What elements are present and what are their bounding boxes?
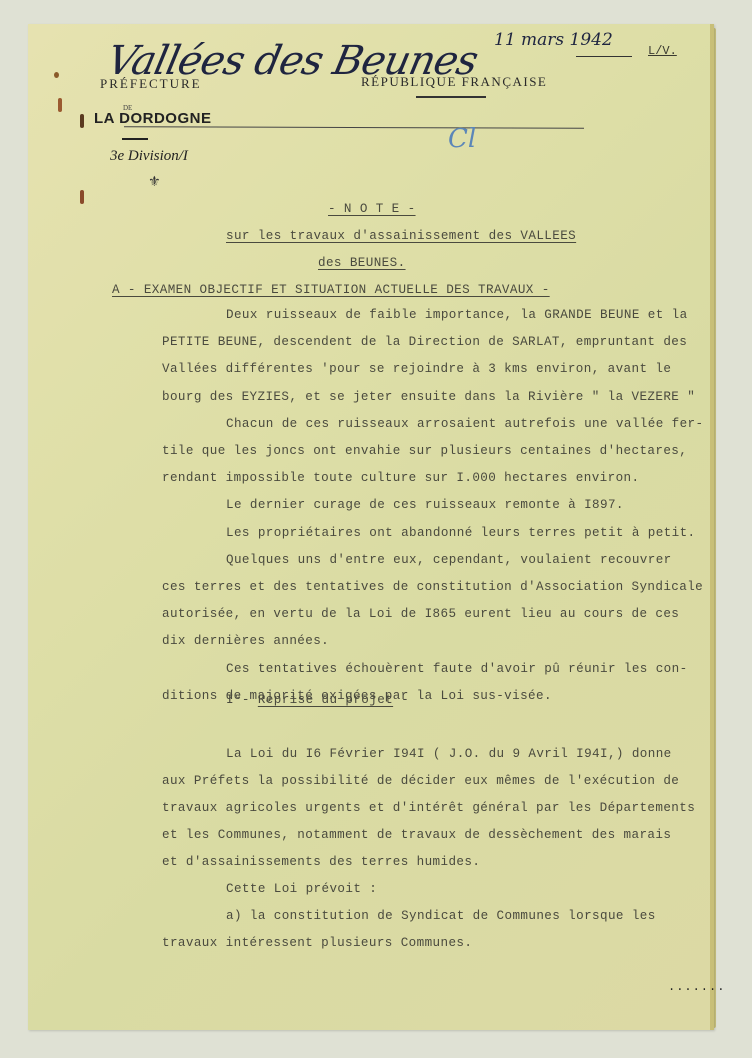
text-line: rendant impossible toute culture sur I.0… [162, 471, 639, 485]
handwritten-date: 11 mars 1942 [494, 30, 613, 50]
text-line: Le dernier curage de ces ruisseaux remon… [226, 498, 624, 512]
note-subtitle-line-1: sur les travaux d'assainissement des VAL… [226, 229, 576, 243]
note-subtitle-line-2: des BEUNES. [318, 256, 406, 270]
blue-pencil-annotation: Cl [448, 124, 476, 154]
text-line: Vallées différentes 'pour se rejoindre à… [162, 362, 671, 376]
text-line: Chacun de ces ruisseaux arrosaient autre… [226, 417, 703, 431]
text-line: a) la constitution de Syndicat de Commun… [226, 909, 656, 923]
text-line: PETITE BEUNE, descendent de la Direction… [162, 335, 687, 349]
division-label: 3e Division/I [110, 148, 188, 165]
text-line: Cette Loi prévoit : [226, 882, 377, 896]
note-title: - N O T E - [328, 202, 416, 216]
text-line: Deux ruisseaux de faible importance, la … [226, 308, 688, 322]
ornament-rule [416, 96, 486, 98]
fleuron-icon: ⚜ [148, 174, 161, 190]
text-line: aux Préfets la possibilité de décider eu… [162, 774, 679, 788]
text-line: La Loi du I6 Février I94I ( J.O. du 9 Av… [226, 747, 672, 761]
text-line: travaux intéressent plusieurs Communes. [162, 936, 472, 950]
rust-stain [54, 72, 59, 78]
header-rule [124, 126, 584, 129]
republic-label: RÉPUBLIQUE FRANÇAISE [361, 74, 547, 90]
reference-code: L/V. [648, 44, 677, 58]
section-a-heading: A - EXAMEN OBJECTIF ET SITUATION ACTUELL… [112, 283, 550, 297]
date-underline [576, 56, 632, 57]
text-line: Quelques uns d'entre eux, cependant, vou… [226, 553, 672, 567]
subsection-suffix: - [401, 693, 409, 707]
text-line: travaux agricoles urgents et d'intérêt g… [162, 801, 695, 815]
text-line: tile que les joncs ont envahie sur plusi… [162, 444, 687, 458]
text-line: bourg des EYZIES, et se jeter ensuite da… [162, 390, 695, 404]
document-page: Vallées des Beunes 11 mars 1942 L/V. PRÉ… [28, 24, 714, 1030]
rust-stain [80, 190, 84, 204]
text-line: ces terres et des tentatives de constitu… [162, 580, 703, 594]
subsection-title: Reprise du projet [258, 693, 393, 707]
department-name: LA DORDOGNE [94, 110, 211, 127]
subsection-heading: I°- Reprise du projet - [226, 693, 409, 707]
text-line: et d'assainissements des terres humides. [162, 855, 480, 869]
rust-stain [58, 98, 62, 112]
rust-stain [80, 114, 84, 128]
text-line: autorisée, en vertu de la Loi de I865 eu… [162, 607, 679, 621]
subsection-number: I°- [226, 693, 250, 707]
text-line: et les Communes, notamment de travaux de… [162, 828, 671, 842]
text-line: Ces tentatives échouèrent faute d'avoir … [226, 662, 688, 676]
text-line: dix dernières années. [162, 634, 329, 648]
prefecture-label: PRÉFECTURE [100, 76, 202, 92]
continuation-dots: ....... [668, 980, 725, 994]
header-bar [122, 138, 148, 140]
text-line: Les propriétaires ont abandonné leurs te… [226, 526, 696, 540]
